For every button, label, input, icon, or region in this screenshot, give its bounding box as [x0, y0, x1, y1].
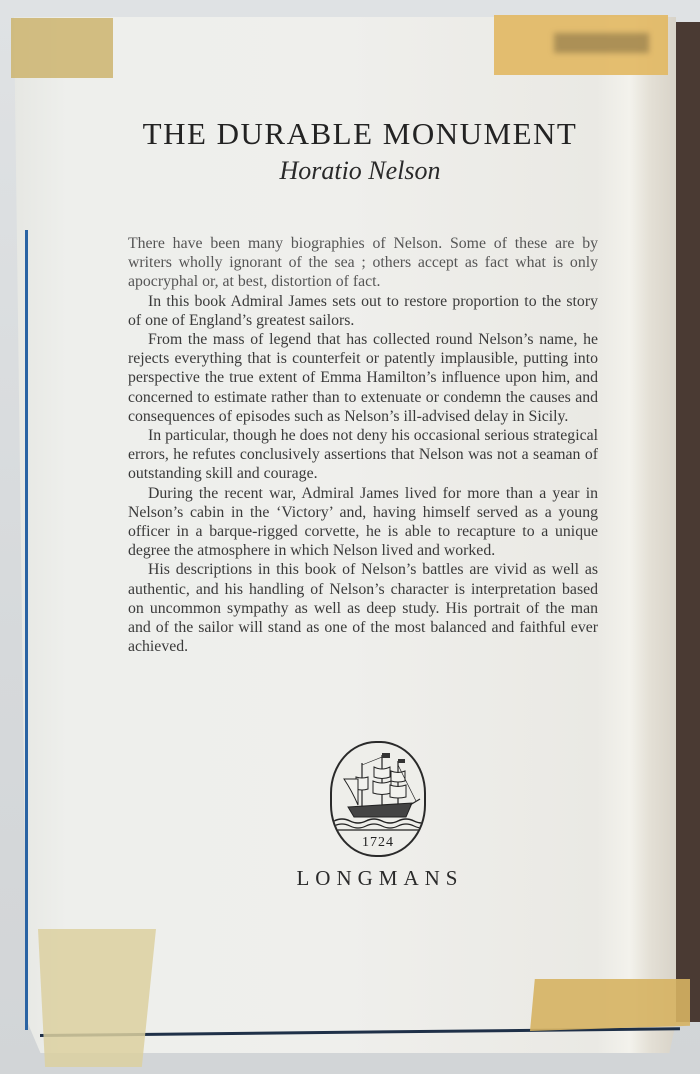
- blurb-paragraph: In this book Admiral James sets out to r…: [128, 292, 598, 330]
- sailing-ship-icon: 1724: [332, 743, 424, 855]
- blurb-paragraph: From the mass of legend that has collect…: [128, 330, 598, 426]
- tape-bottom-right: [530, 979, 690, 1031]
- price-stamp: [554, 33, 649, 53]
- blurb-paragraph: In particular, though he does not deny h…: [128, 426, 598, 484]
- blurb-paragraph: His descriptions in this book of Nelson’…: [128, 560, 598, 656]
- book-subtitle: Horatio Nelson: [100, 156, 620, 186]
- blurb-paragraph: During the recent war, Admiral James liv…: [128, 484, 598, 561]
- jacket-header: THE DURABLE MONUMENT Horatio Nelson: [100, 100, 620, 186]
- publisher-logo: 1724: [330, 741, 426, 857]
- book-title: THE DURABLE MONUMENT: [100, 116, 620, 152]
- tape-top-right: [494, 15, 668, 75]
- jacket-blurb: There have been many biographies of Nels…: [128, 234, 598, 656]
- book-board-edge: [672, 22, 700, 1022]
- tape-bottom-left: [38, 929, 156, 1067]
- tape-top-left: [11, 18, 113, 78]
- jacket-left-edge: [25, 230, 28, 1030]
- publisher-name: LONGMANS: [260, 866, 500, 891]
- blurb-paragraph: There have been many biographies of Nels…: [128, 234, 598, 292]
- logo-year: 1724: [362, 835, 394, 850]
